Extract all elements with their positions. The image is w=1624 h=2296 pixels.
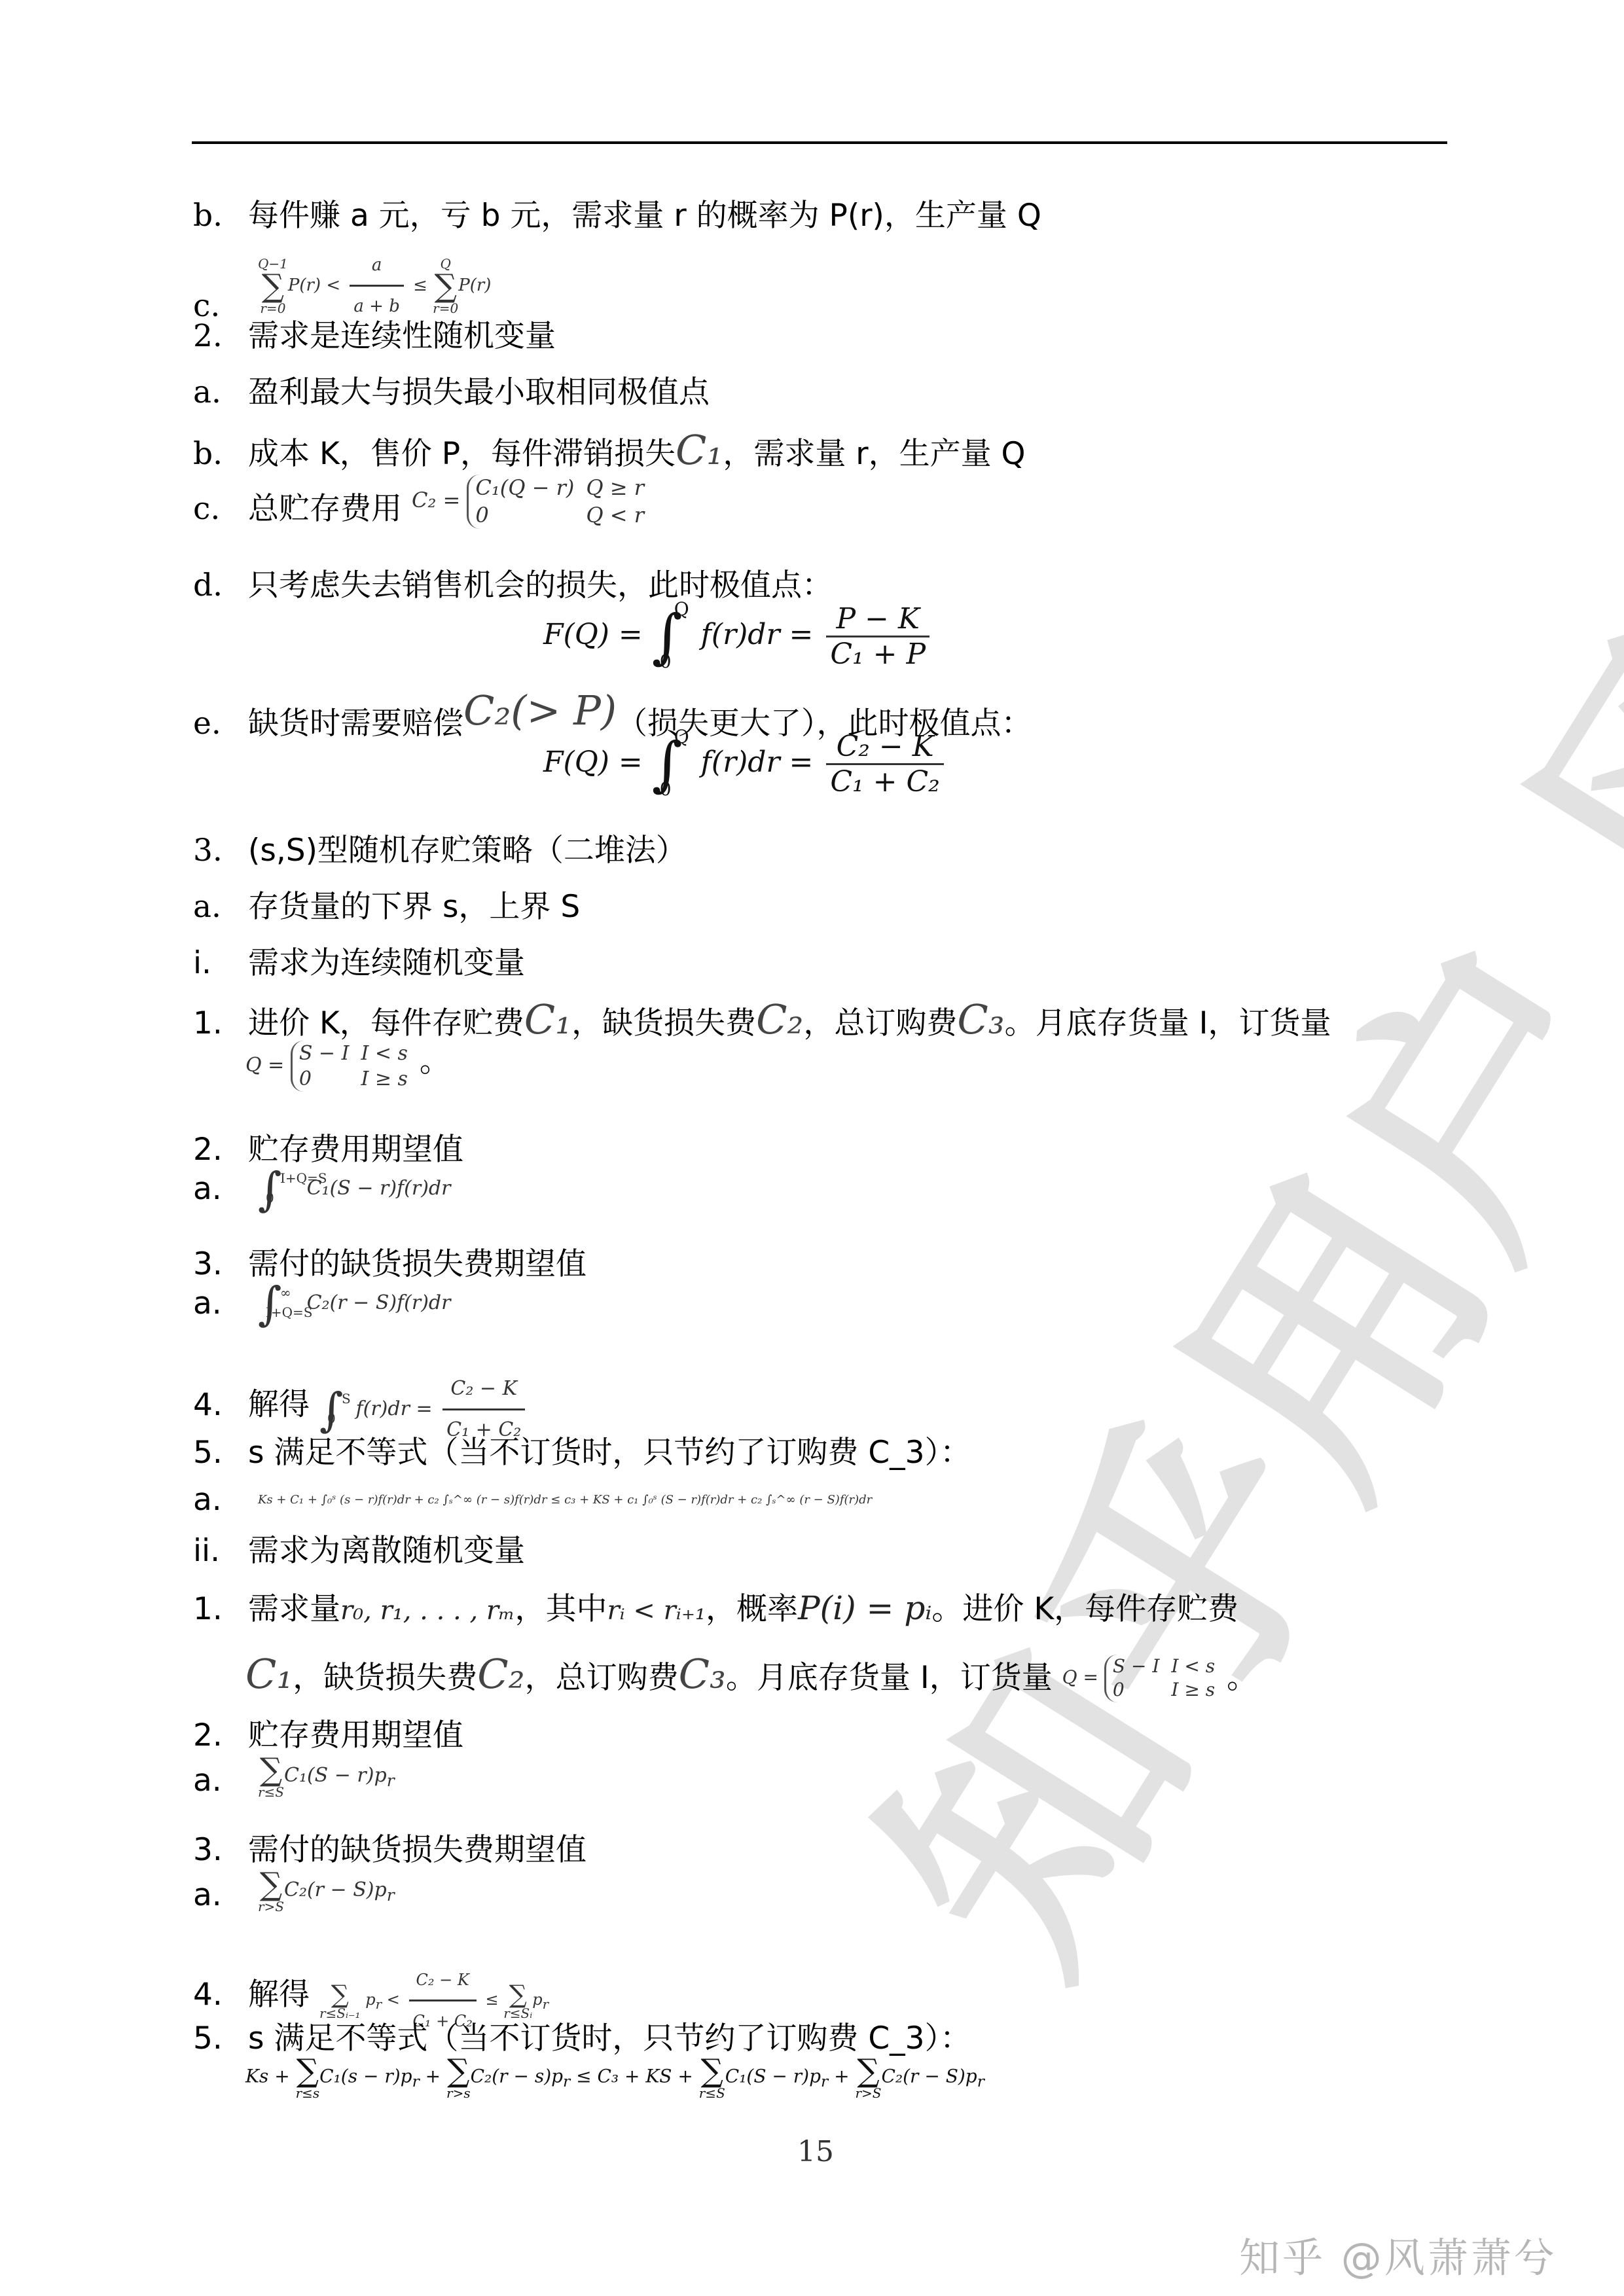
list-item: 1.进价 K，每件存贮费C₁，缺货损失费C₂，总订购费C₃。月底存货量 I，订货… xyxy=(193,1000,1331,1043)
item-text: 需付的缺货损失费期望值 xyxy=(248,1246,586,1282)
item-text: 需求量 xyxy=(248,1591,340,1627)
item-label: 5. xyxy=(193,1433,248,1473)
formula-inline: C₁ xyxy=(245,1650,293,1698)
item-label: a. xyxy=(193,373,248,412)
list-item: 5.s 满足不等式（当不订货时，只节约了订购费 C_3）： xyxy=(193,1433,971,1473)
formula: Ks + C₁ + ∫₀ˢ (s − r)f(r)dr + c₂ ∫ₛ^∞ (r… xyxy=(258,1493,872,1507)
formula: ∫∞I+Q=S C₂(r − S)f(r)dr xyxy=(258,1291,451,1314)
item-text: ，其中 xyxy=(515,1591,607,1627)
list-item: a.存货量的下界 s，上界 S xyxy=(193,888,580,927)
formula: ∑r≤SC₁(S − r)pr xyxy=(258,1764,395,1787)
item-text: ，缺货损失费 xyxy=(571,1005,756,1041)
item-label: 2. xyxy=(193,317,248,356)
item-label: 2. xyxy=(193,1130,248,1170)
item-text: 总贮存费用 xyxy=(248,491,402,527)
list-item: ii.需求为离散随机变量 xyxy=(193,1532,525,1571)
item-text: ，缺货损失费 xyxy=(293,1660,477,1696)
item-text: 存货量的下界 s，上界 S xyxy=(248,889,580,925)
item-text: 。月底存货量 I，订货量 xyxy=(726,1660,1053,1696)
formula: ∫S0 f(r)dr = C₂ − KC₁ + C₂ xyxy=(319,1397,529,1420)
list-item-continued: C₁，缺货损失费C₂，总订购费C₃。月底存货量 I，订货量 Q = S − II… xyxy=(245,1655,1257,1702)
formula: C₂ = C₁(Q − r)Q ≥ r0Q < r xyxy=(412,488,656,512)
formula: ∑r>SC₂(r − S)pr xyxy=(258,1878,395,1901)
item-text: ，总订购费 xyxy=(525,1660,679,1696)
formula-inline: C₂ xyxy=(756,996,803,1043)
formula-display: F(Q) = ∫Q0 f(r)dr = C₂ − KC₁ + C₂ xyxy=(543,730,948,798)
item-label: d. xyxy=(193,566,248,605)
item-label: c. xyxy=(193,490,248,529)
item-text: 解得 xyxy=(248,1387,310,1423)
header-rule xyxy=(192,141,1447,144)
list-item: c.总贮存费用 C₂ = C₁(Q − r)Q ≥ r0Q < r xyxy=(193,475,656,547)
item-text: 解得 xyxy=(248,1977,310,2013)
item-label: 4. xyxy=(193,1975,248,2015)
list-item: a.盈利最大与损失最小取相同极值点 xyxy=(193,373,710,412)
item-label: a. xyxy=(193,1480,248,1520)
item-label: b. xyxy=(193,435,248,474)
item-text: s 满足不等式（当不订货时，只节约了订购费 C_3）： xyxy=(248,1435,971,1471)
item-text: s 满足不等式（当不订货时，只节约了订购费 C_3）： xyxy=(248,2020,971,2056)
item-text: 。进价 K，每件存贮费 xyxy=(931,1591,1238,1627)
item-text: 贮存费用期望值 xyxy=(248,1717,463,1753)
list-item: i.需求为连续随机变量 xyxy=(193,944,525,983)
list-item: 3.(s,S)型随机存贮策略（二堆法） xyxy=(193,831,687,870)
formula-inline: C₂ xyxy=(477,1650,524,1698)
formula-inline: C₁ xyxy=(676,426,723,474)
formula: Q−1∑r=0P(r) < aa + b ≤ Q∑r=0P(r) xyxy=(258,276,491,295)
item-text: 。月底存货量 I，订货量 xyxy=(1005,1005,1331,1041)
formula-inline: C₁ xyxy=(524,996,571,1043)
item-label: 3. xyxy=(193,1245,248,1284)
period: 。 xyxy=(420,1043,450,1079)
item-label: 1. xyxy=(193,1590,248,1629)
page-number: 15 xyxy=(797,2135,834,2168)
item-text: ，需求量 r，生产量 Q xyxy=(723,436,1025,472)
item-label: ii. xyxy=(193,1532,248,1571)
list-item: a. ∑r>SC₂(r − S)pr xyxy=(193,1869,395,1934)
item-label: 4. xyxy=(193,1386,248,1425)
list-item: a. ∫∞I+Q=S C₂(r − S)f(r)dr xyxy=(193,1280,450,1352)
item-text: 只考虑失去销售机会的损失，此时极值点： xyxy=(248,567,833,603)
list-item: a. Ks + C₁ + ∫₀ˢ (s − r)f(r)dr + c₂ ∫ₛ^∞… xyxy=(193,1480,872,1520)
item-label: 5. xyxy=(193,2019,248,2058)
item-label: e. xyxy=(193,704,248,744)
item-label: a. xyxy=(193,1761,248,1801)
item-text: 进价 K，每件存贮费 xyxy=(248,1005,524,1041)
formula: ∫I+Q=S0 C₁(S − r)f(r)dr xyxy=(258,1177,451,1200)
item-label: a. xyxy=(193,1876,248,1915)
formula-display: F(Q) = ∫Q0 f(r)dr = P − KC₁ + P xyxy=(543,602,933,671)
item-label: 3. xyxy=(193,831,248,870)
formula-inline: C₃ xyxy=(957,996,1004,1043)
item-label: 1. xyxy=(193,1004,248,1043)
item-text: 每件赚 a 元，亏 b 元，需求量 r 的概率为 P(r)，生产量 Q xyxy=(248,198,1041,234)
formula-inline: C₃ xyxy=(679,1650,726,1698)
period: 。 xyxy=(1227,1660,1257,1696)
item-label: a. xyxy=(193,1284,248,1323)
item-text: ，概率 xyxy=(706,1591,798,1627)
item-text: 需付的缺货损失费期望值 xyxy=(248,1832,586,1868)
footer-watermark: 知乎 @风萧萧兮 xyxy=(1239,2225,1557,2284)
list-item: a. ∑r≤SC₁(S − r)pr xyxy=(193,1754,395,1820)
formula: Q = S − II < s0I ≥ s。 xyxy=(245,1041,450,1092)
formula: Q = S − II < s0I ≥ s xyxy=(1062,1666,1227,1688)
list-item: 2.需求是连续性随机变量 xyxy=(193,317,556,356)
item-label: 3. xyxy=(193,1831,248,1870)
item-text: (s,S)型随机存贮策略（二堆法） xyxy=(248,833,687,869)
item-text: 成本 K，售价 P，每件滞销损失 xyxy=(248,436,676,472)
item-text: 缺货时需要赔偿 xyxy=(248,706,463,742)
item-label: 2. xyxy=(193,1716,248,1755)
item-label: i. xyxy=(193,944,248,983)
list-item: d.只考虑失去销售机会的损失，此时极值点： xyxy=(193,566,833,605)
formula: ∑r≤Sᵢ₋₁ pr < C₂ − KC₁ + C₂ ≤ ∑r≤Sᵢpr xyxy=(319,1990,549,2009)
item-text: 需求为连续随机变量 xyxy=(248,945,525,981)
item-label: a. xyxy=(193,888,248,927)
list-item: 3.需付的缺货损失费期望值 xyxy=(193,1831,586,1870)
item-label: a. xyxy=(193,1170,248,1209)
item-text: 盈利最大与损失最小取相同极值点 xyxy=(248,374,710,410)
list-item: a. ∫I+Q=S0 C₁(S − r)f(r)dr xyxy=(193,1165,450,1237)
list-item: 2.贮存费用期望值 xyxy=(193,1716,463,1755)
item-label: b. xyxy=(193,196,248,236)
list-item: b.每件赚 a 元，亏 b 元，需求量 r 的概率为 P(r)，生产量 Q xyxy=(193,196,1041,236)
list-item: b.成本 K，售价 P，每件滞销损失C₁，需求量 r，生产量 Q xyxy=(193,431,1026,474)
item-text: ，总订购费 xyxy=(803,1005,957,1041)
formula-inline: C₂(> P) xyxy=(463,687,617,734)
list-item: 2.贮存费用期望值 xyxy=(193,1130,463,1170)
list-item: 3.需付的缺货损失费期望值 xyxy=(193,1245,586,1284)
formula-display: Ks + ∑r≤sC₁(s − r)pr + ∑r>sC₂(r − s)pr ≤… xyxy=(245,2055,984,2100)
list-item: 1.需求量r₀, r₁, . . . , rₘ，其中rᵢ < rᵢ₊₁，概率P(… xyxy=(193,1588,1238,1630)
list-item: c. Q−1∑r=0P(r) < aa + b ≤ Q∑r=0P(r) xyxy=(193,245,491,311)
item-text: 需求为离散随机变量 xyxy=(248,1533,525,1569)
item-text: 需求是连续性随机变量 xyxy=(248,318,556,354)
